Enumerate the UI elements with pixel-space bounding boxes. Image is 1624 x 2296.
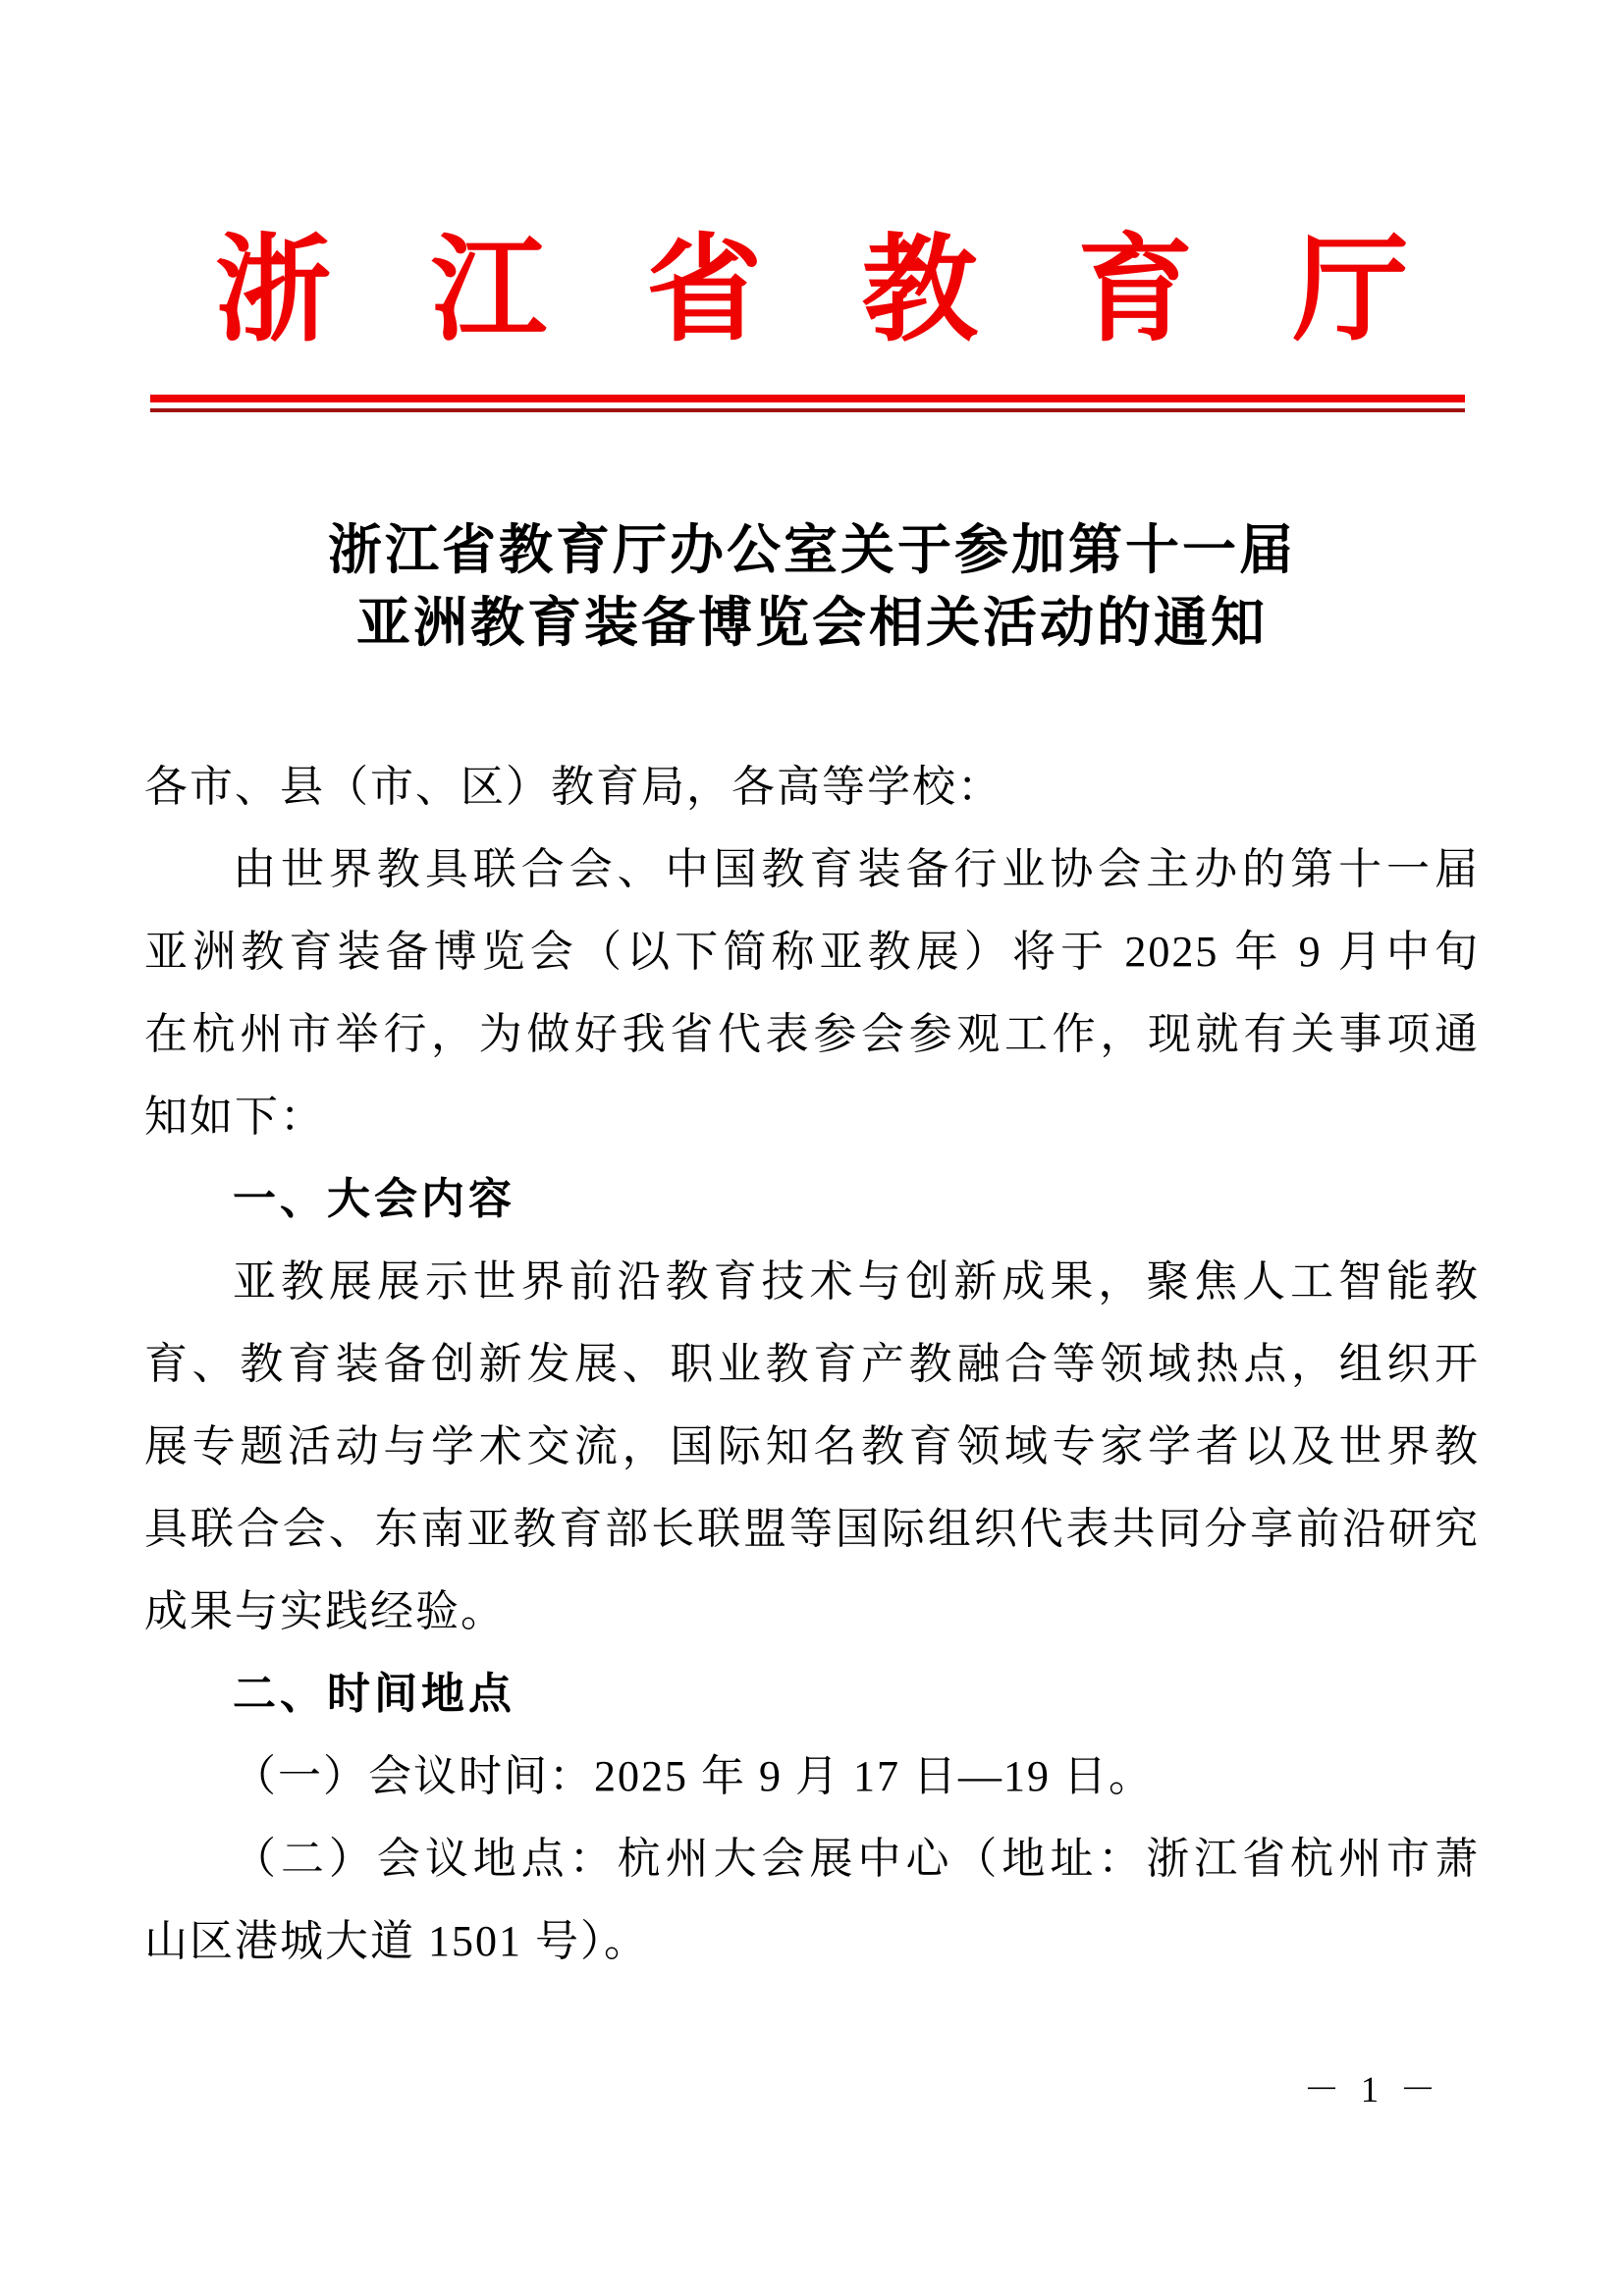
body-text-line: 展专题活动与学术交流，国际知名教育领域专家学者以及世界教 (144, 1406, 1480, 1488)
body-text-line: 具联合会、东南亚教育部长联盟等国际组织代表共同分享前沿研究 (144, 1488, 1480, 1571)
body-text-line: 成果与实践经验。 (144, 1571, 1480, 1653)
body-text-line: （二）会议地点：杭州大会展中心（地址：浙江省杭州市萧 (144, 1818, 1480, 1900)
body-text-line: 山区港城大道 1501 号）。 (144, 1900, 1480, 1983)
body-text-line: 亚洲教育装备博览会（以下简称亚教展）将于 2025 年 9 月中旬 (144, 911, 1480, 993)
document-body: 各市、县（市、区）教育局，各高等学校：由世界教具联合会、中国教育装备行业协会主办… (144, 746, 1480, 1983)
section-heading: 二、时间地点 (144, 1653, 1480, 1735)
letterhead-rule-top (150, 395, 1465, 402)
body-text-line: 亚教展展示世界前沿教育技术与创新成果，聚焦人工智能教 (144, 1241, 1480, 1323)
body-text-line: 各市、县（市、区）教育局，各高等学校： (144, 746, 1480, 828)
page-number: － 1 － (1284, 2066, 1461, 2115)
document-title: 浙江省教育厅办公室关于参加第十一届 亚洲教育装备博览会相关活动的通知 (0, 514, 1624, 660)
letterhead-agency-name: 浙 江 省 教 育 厅 (0, 218, 1624, 365)
document-page: 浙 江 省 教 育 厅 浙江省教育厅办公室关于参加第十一届 亚洲教育装备博览会相… (0, 0, 1624, 2296)
body-text-line: 育、教育装备创新发展、职业教育产教融合等领域热点，组织开 (144, 1323, 1480, 1406)
body-text-line: 知如下： (144, 1076, 1480, 1158)
body-text-line: 在杭州市举行，为做好我省代表参会参观工作，现就有关事项通 (144, 993, 1480, 1076)
section-heading: 一、大会内容 (144, 1158, 1480, 1241)
document-title-line2: 亚洲教育装备博览会相关活动的通知 (0, 587, 1624, 660)
body-text-line: 由世界教具联合会、中国教育装备行业协会主办的第十一届 (144, 828, 1480, 911)
body-text-line: （一）会议时间：2025 年 9 月 17 日—19 日。 (144, 1735, 1480, 1818)
document-title-line1: 浙江省教育厅办公室关于参加第十一届 (0, 514, 1624, 587)
letterhead-rule-bottom (150, 408, 1465, 412)
